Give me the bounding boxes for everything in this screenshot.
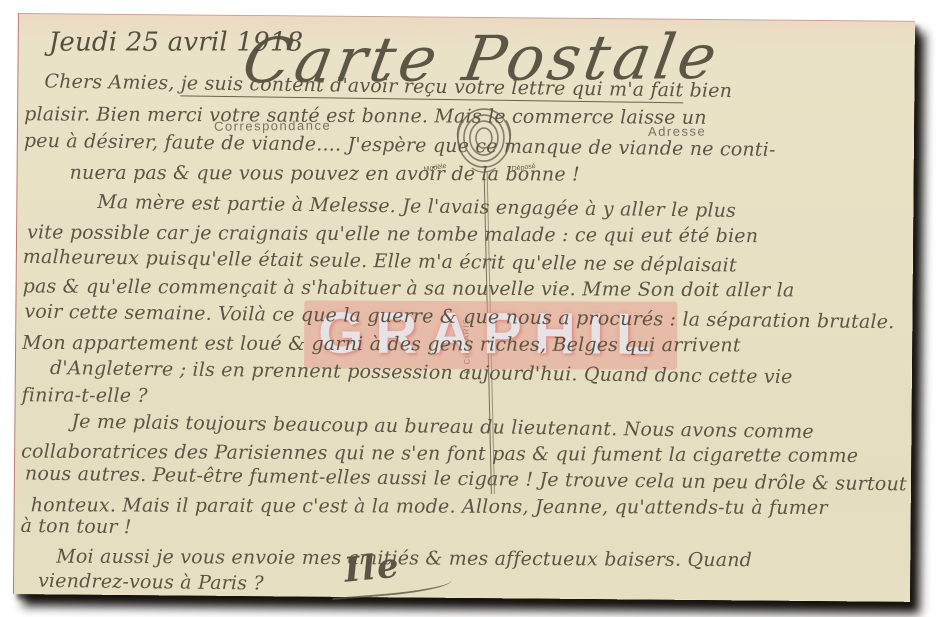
opening-suffix: bien xyxy=(683,79,732,102)
handwritten-date: Jeudi 25 avril 1918 xyxy=(49,27,304,58)
handwritten-line: Je me plais toujours beaucoup au bureau … xyxy=(71,411,814,444)
postcard: Carte Postale Correspondance Adresse Mod… xyxy=(13,13,915,602)
handwritten-line: Ma mère est partie à Melesse. Je l'avais… xyxy=(97,191,736,223)
handwritten-line: honteux. Mais il parait que c'est à la m… xyxy=(31,494,828,520)
handwritten-line: plaisir. Bien merci votre santé est bonn… xyxy=(24,103,707,129)
handwritten-line: Mon appartement est loué & garni à des g… xyxy=(22,332,741,357)
handwritten-line: nous autres. Peut-être fument-elles auss… xyxy=(25,463,907,497)
scanned-postcard-page: Carte Postale Correspondance Adresse Mod… xyxy=(0,0,936,617)
handwritten-line: finira-t-elle ? xyxy=(22,384,148,407)
handwritten-line: malheureux puisqu'elle était seule. Elle… xyxy=(23,246,737,278)
handwritten-line: nuera pas & que vous pouvez en avoir de … xyxy=(70,162,580,187)
handwritten-line: Moi aussi je vous envoie mes amitiés & m… xyxy=(56,546,752,572)
handwritten-line: vite possible car je craignais qu'elle n… xyxy=(27,221,758,248)
handwritten-line: viendrez-vous à Paris ? xyxy=(38,570,264,596)
handwritten-line: pas & qu'elle commençait à s'habituer à … xyxy=(23,275,795,302)
handwritten-signature: Ile xyxy=(343,548,402,587)
handwritten-line: d'Angleterre ; ils en prennent possessio… xyxy=(50,357,793,389)
opening-prefix: Chers Amies, xyxy=(44,70,181,94)
handwritten-line: à ton tour ! xyxy=(20,515,131,539)
